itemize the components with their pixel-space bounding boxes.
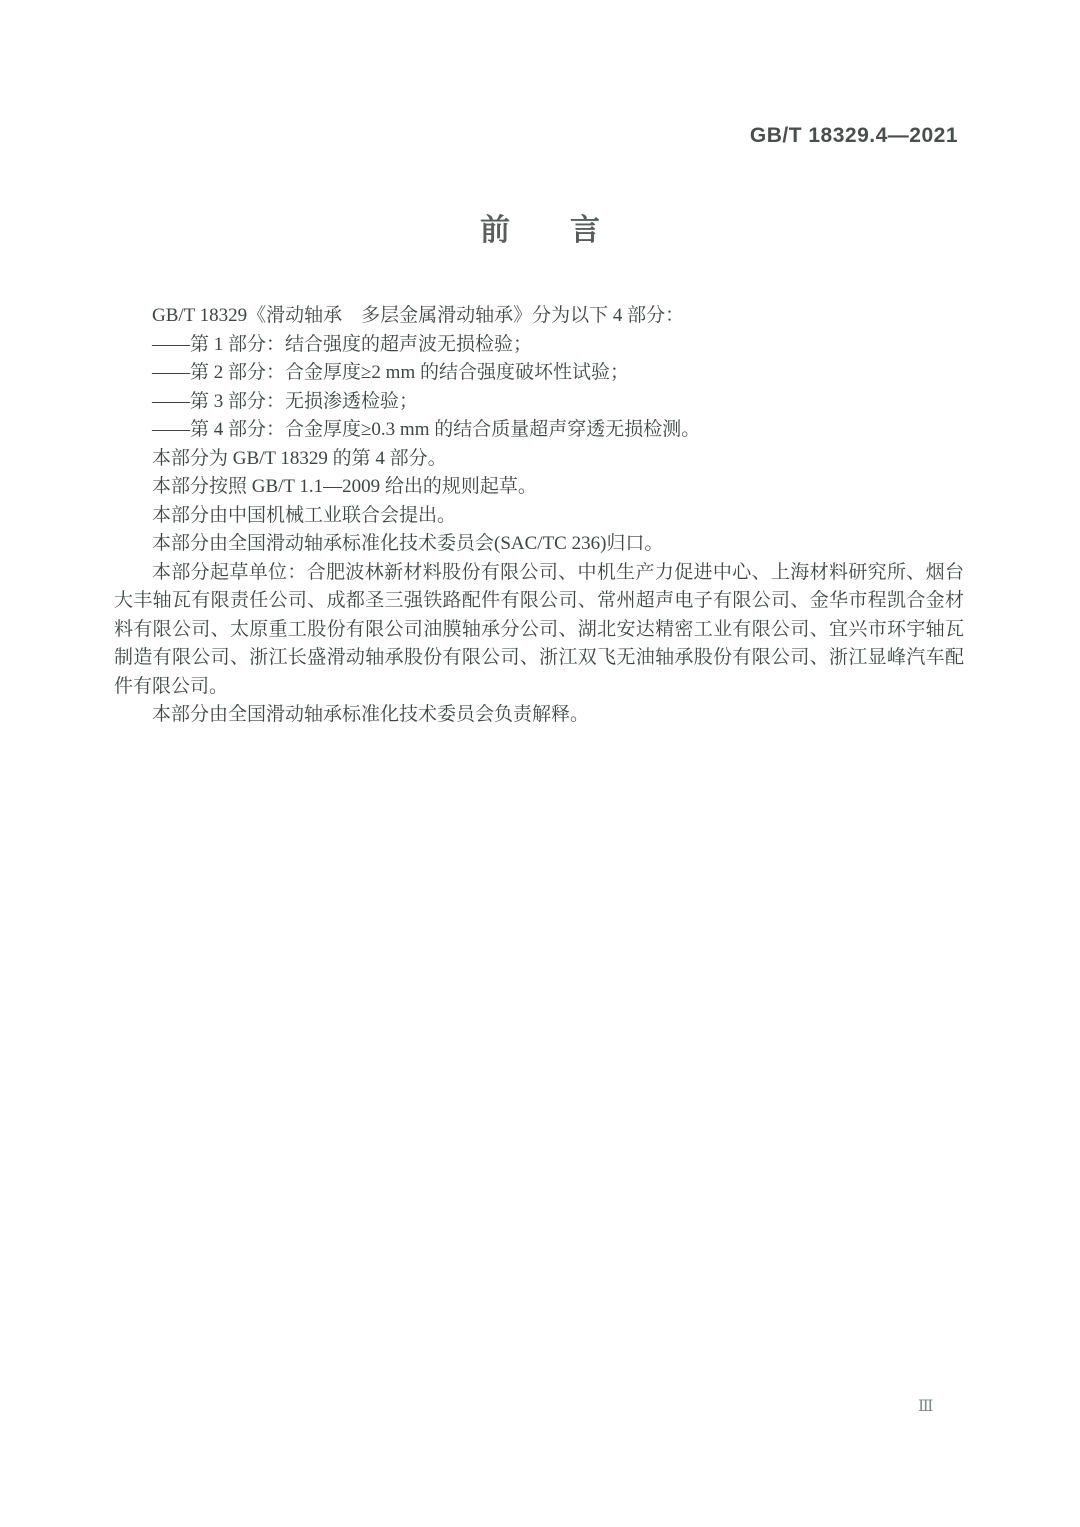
foreword-body: GB/T 18329《滑动轴承 多层金属滑动轴承》分为以下 4 部分： ——第 … <box>114 302 964 730</box>
paragraph-this-part: 本部分为 GB/T 18329 的第 4 部分。 <box>114 445 964 474</box>
paragraph-centralized-by: 本部分由全国滑动轴承标准化技术委员会(SAC/TC 236)归口。 <box>114 530 964 559</box>
paragraph-proposed-by: 本部分由中国机械工业联合会提出。 <box>114 502 964 531</box>
document-page: GB/T 18329.4—2021 前 言 GB/T 18329《滑动轴承 多层… <box>0 0 1080 1527</box>
paragraph-drafting-rule: 本部分按照 GB/T 1.1—2009 给出的规则起草。 <box>114 473 964 502</box>
page-number: Ⅲ <box>918 1396 933 1416</box>
paragraph-part-4: ——第 4 部分：合金厚度≥0.3 mm 的结合质量超声穿透无损检测。 <box>114 416 964 445</box>
paragraph-part-2: ——第 2 部分：合金厚度≥2 mm 的结合强度破坏性试验； <box>114 359 964 388</box>
paragraph-parts-intro: GB/T 18329《滑动轴承 多层金属滑动轴承》分为以下 4 部分： <box>114 302 964 331</box>
paragraph-interpretation: 本部分由全国滑动轴承标准化技术委员会负责解释。 <box>114 701 964 730</box>
paragraph-part-1: ——第 1 部分：结合强度的超声波无损检验； <box>114 331 964 360</box>
paragraph-drafting-units: 本部分起草单位：合肥波林新材料股份有限公司、中机生产力促进中心、上海材料研究所、… <box>114 559 964 702</box>
standard-number: GB/T 18329.4—2021 <box>750 124 958 148</box>
paragraph-part-3: ——第 3 部分：无损渗透检验； <box>114 388 964 417</box>
page-title: 前 言 <box>0 213 1080 249</box>
